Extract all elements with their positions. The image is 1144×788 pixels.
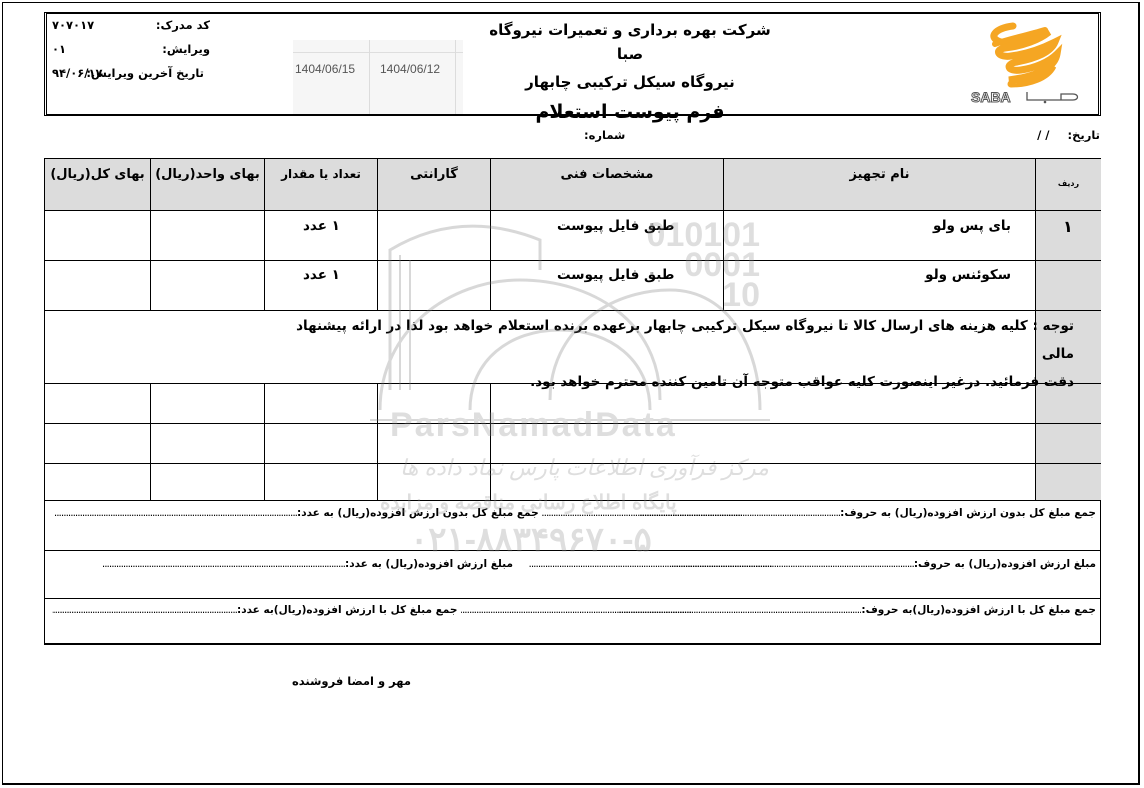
company-name: شرکت بهره برداری و تعمیرات نیروگاه صبا xyxy=(480,18,780,66)
unit-price-cell[interactable] xyxy=(151,211,265,261)
unit-price-cell[interactable] xyxy=(151,261,265,311)
last-revision-row: تاریخ آخرین ویرایش: ۹۴/۰۶/۱۷ xyxy=(50,66,210,90)
warranty-cell[interactable] xyxy=(378,261,491,311)
document-meta: کد مدرک: ۷۰۷۰۱۷ ویرایش: ۰۱ تاریخ آخرین و… xyxy=(50,18,210,90)
col-header-radif: ردیف xyxy=(1036,159,1101,211)
revision-value: ۰۱ xyxy=(52,42,66,56)
date-cell-1: 1404/06/15 xyxy=(295,62,355,76)
date-overlay-grid: 1404/06/15 1404/06/12 xyxy=(293,40,463,114)
col-header-qty: تعداد یا مقدار xyxy=(265,159,378,211)
seller-signature-label: مهر و امضا فروشنده xyxy=(292,674,411,688)
note-line-1: توجه : کلیه هزینه های ارسال کالا تا نیرو… xyxy=(294,312,1074,368)
note-line-2: دقت فرمائید. درغیر اینصورت کلیه عواقب مت… xyxy=(294,368,1074,396)
revision-label: ویرایش: xyxy=(162,42,210,56)
total-with-vat-number[interactable]: ........................................… xyxy=(52,604,691,616)
row-name: سکوئنس ولو xyxy=(925,267,1011,283)
date-cell-2: 1404/06/12 xyxy=(380,62,440,76)
row-name: بای پس ولو xyxy=(933,218,1011,234)
col-header-name: نام تجهیز xyxy=(724,159,1036,211)
date-label: تاریخ: xyxy=(1068,128,1100,142)
revision-row: ویرایش: ۰۱ xyxy=(50,42,210,66)
total-price-cell[interactable] xyxy=(45,261,151,311)
number-label: شماره: xyxy=(584,128,625,142)
date-placeholder: / / xyxy=(1037,128,1049,142)
col-header-spec: مشخصات فنی xyxy=(491,159,724,211)
plant-name: نیروگاه سیکل ترکیبی چابهار xyxy=(480,62,780,102)
shipping-note: توجه : کلیه هزینه های ارسال کالا تا نیرو… xyxy=(294,312,1074,396)
row-radif: ۱ xyxy=(1063,217,1073,236)
last-revision-label: تاریخ آخرین ویرایش: xyxy=(86,66,204,80)
total-without-vat-number[interactable]: ........................................… xyxy=(52,507,742,519)
vat-number[interactable]: ........................................… xyxy=(55,558,772,570)
row-spec: طبق فایل پیوست xyxy=(557,267,674,283)
last-revision-value: ۹۴/۰۶/۱۷ xyxy=(52,66,103,80)
row-spec: طبق فایل پیوست xyxy=(557,218,674,234)
warranty-cell[interactable] xyxy=(378,211,491,261)
saba-logo-icon: SABA xyxy=(965,22,1085,107)
svg-text:SABA: SABA xyxy=(971,89,1011,105)
col-header-warranty: گارانتی xyxy=(378,159,491,211)
doc-code-label: کد مدرک: xyxy=(156,18,210,32)
doc-code-row: کد مدرک: ۷۰۷۰۱۷ xyxy=(50,18,210,42)
header-titles: شرکت بهره برداری و تعمیرات نیروگاه صبا ن… xyxy=(480,18,780,122)
row-qty: ۱ عدد xyxy=(303,267,340,283)
date-field[interactable]: تاریخ: / / xyxy=(1037,128,1100,142)
form-title: فرم پیوست استعلام xyxy=(480,102,780,122)
total-price-cell[interactable] xyxy=(45,211,151,261)
col-header-unit-price: بهای واحد(ریال) xyxy=(151,159,265,211)
number-field[interactable]: شماره: xyxy=(584,128,625,142)
col-header-total-price: بهای کل(ریال) xyxy=(45,159,151,211)
doc-code-value: ۷۰۷۰۱۷ xyxy=(52,18,94,32)
row-qty: ۱ عدد xyxy=(303,218,340,234)
